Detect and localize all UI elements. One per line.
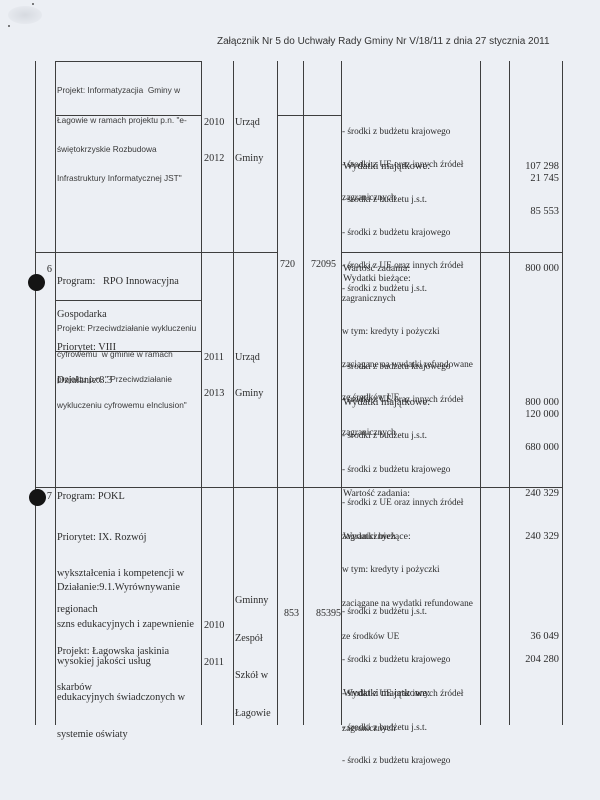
institution-line: Szkół w [235,670,271,683]
task-value-amount: 800 000 [500,263,559,275]
institution-line: Urząd [235,117,263,129]
program-line: Program: RPO Innowacyjna [57,276,179,287]
funding-line: - środki z budżetu j.s.t. [342,284,427,295]
row-number: 6 [35,264,52,276]
project-line: skarbów [57,682,169,694]
project-line: Łagowie w ramach projektu p.n. "e- [57,116,187,126]
current-expenses-amount: 240 329 [500,531,559,543]
column-divider-program [201,61,202,725]
column-divider-institution [277,61,278,725]
capital-expenses-lines: - środki z budżetu j.s.t. - środki z bud… [342,701,450,789]
year-start: 2010 [204,620,224,632]
year-end: 2011 [204,657,224,669]
chapter-cell-divider [277,115,341,116]
chapter-code: 720 [277,259,295,271]
project-line: Projekt: Informatyzacjia Gminy w [57,86,187,96]
project-line: Projekt: Przeciwdziałanie wykluczeniu [57,324,196,333]
years-cell: 2011 2013 [204,328,224,424]
table-border-right [562,61,563,725]
amount-foreign: 204 280 [500,654,559,666]
institution-line: Gminny [235,595,271,608]
section-code: 85395 [303,608,341,620]
funding-line: - środki z budżetu j.s.t. [342,431,473,442]
project-line: wykluczeniu cyfrowemu eInclusion" [57,401,196,410]
capital-expenses-label: Wydatki majątkowe: [343,161,430,173]
project-box-top-border [55,61,201,62]
funding-line: - środki z budżetu j.s.t. [342,195,473,206]
years-cell: 2010 2012 [204,93,224,189]
task-value-amount: 240 329 [500,488,559,500]
institution-line: Łagowie [235,708,271,721]
years-cell: 2010 2011 [204,596,224,694]
punch-hole [28,274,45,291]
capital-expenses-amount: 800 000 [500,397,559,409]
year-end: 2012 [204,153,224,165]
amount-foreign: 680 000 [500,442,559,454]
year-start: 2011 [204,352,224,364]
project-description: Projekt: Przeciwdziałanie wykluczeniu cy… [57,307,196,427]
capital-expenses-amount: 107 298 [500,161,559,173]
funding-line: - środki z budżetu krajowego [342,655,463,667]
funding-line: - środki z budżetu krajowego [342,465,473,476]
capital-expenses-label: Wydatki majątkowe: [343,688,430,700]
column-divider-chapter [303,61,304,725]
measure-line: systemie oświaty [57,729,194,741]
amount-jst: 120 000 [500,409,559,421]
section-code: 72095 [303,259,336,271]
capital-expenses-label: Wydatki majątkowe: [343,397,430,409]
current-expenses-label: Wydatki bieżące: [343,274,411,284]
row-divider [35,487,563,488]
amount-foreign: 85 553 [500,206,559,218]
task-value-label: Wartość zadania: [343,488,410,500]
project-line: świętokrzyskie Rozbudowa [57,145,187,155]
project-description: Projekt: Informatyzacjia Gminy w Łagowie… [57,67,187,203]
funding-line: w tym: kredyty i pożyczki [342,565,473,576]
row-number: 7 [35,491,52,503]
column-divider-years [233,61,234,725]
amount-jst: 21 745 [500,173,559,185]
funding-line: - środki z budżetu j.s.t. [342,607,427,618]
attachment-header: Załącznik Nr 5 do Uchwały Rady Gminy Nr … [217,36,550,48]
institution-cell: Urząd Gminy [235,93,263,189]
column-divider-number [55,61,56,725]
table-border-left [35,61,36,725]
scan-smudge [8,6,42,24]
document-page: Załącznik Nr 5 do Uchwały Rady Gminy Nr … [0,0,600,800]
chapter-code: 853 [277,608,299,620]
measure-line: Działanie:9.1.Wyrównywanie [57,582,194,594]
funding-line: zagranicznych [342,294,473,305]
current-expenses-label: Wydatki bieżące: [343,531,411,543]
institution-cell: Urząd Gminy [235,328,263,424]
funding-line: - środki z budżetu krajowego [342,127,463,138]
amount-national: 36 049 [500,631,559,643]
funding-line: - środki z budżetu krajowego [342,756,450,767]
priority-line: Priorytet: IX. Rozwój [57,532,184,544]
funding-line: w tym: kredyty i pożyczki [342,327,473,338]
funding-line: - środki z budżetu j.s.t. [342,723,450,734]
year-start: 2010 [204,117,224,129]
institution-line: Gminy [235,388,263,400]
project-line: cyfrowemu w gminie w ramach [57,350,196,359]
project-block: Projekt: Łagowska jaskinia skarbów [57,622,169,718]
funding-line: - środki z budżetu krajowego [342,228,473,239]
column-divider-description [480,61,481,725]
institution-cell: Gminny Zespół Szkół w Łagowie [235,570,271,746]
project-line: Infrastruktury Informatycznej JST" [57,174,187,184]
scan-speck [32,3,34,5]
institution-line: Urząd [235,352,263,364]
year-end: 2013 [204,388,224,400]
project-line: Projekt: Łagowska jaskinia [57,646,169,658]
institution-line: Zespół [235,633,271,646]
program-line: Program: POKL [57,491,125,503]
institution-line: Gminy [235,153,263,165]
project-line: projektu p.n. " Przeciwdziałanie [57,375,196,384]
funding-line: - środki z budżetu krajowego [342,362,463,373]
scan-speck [8,25,10,27]
